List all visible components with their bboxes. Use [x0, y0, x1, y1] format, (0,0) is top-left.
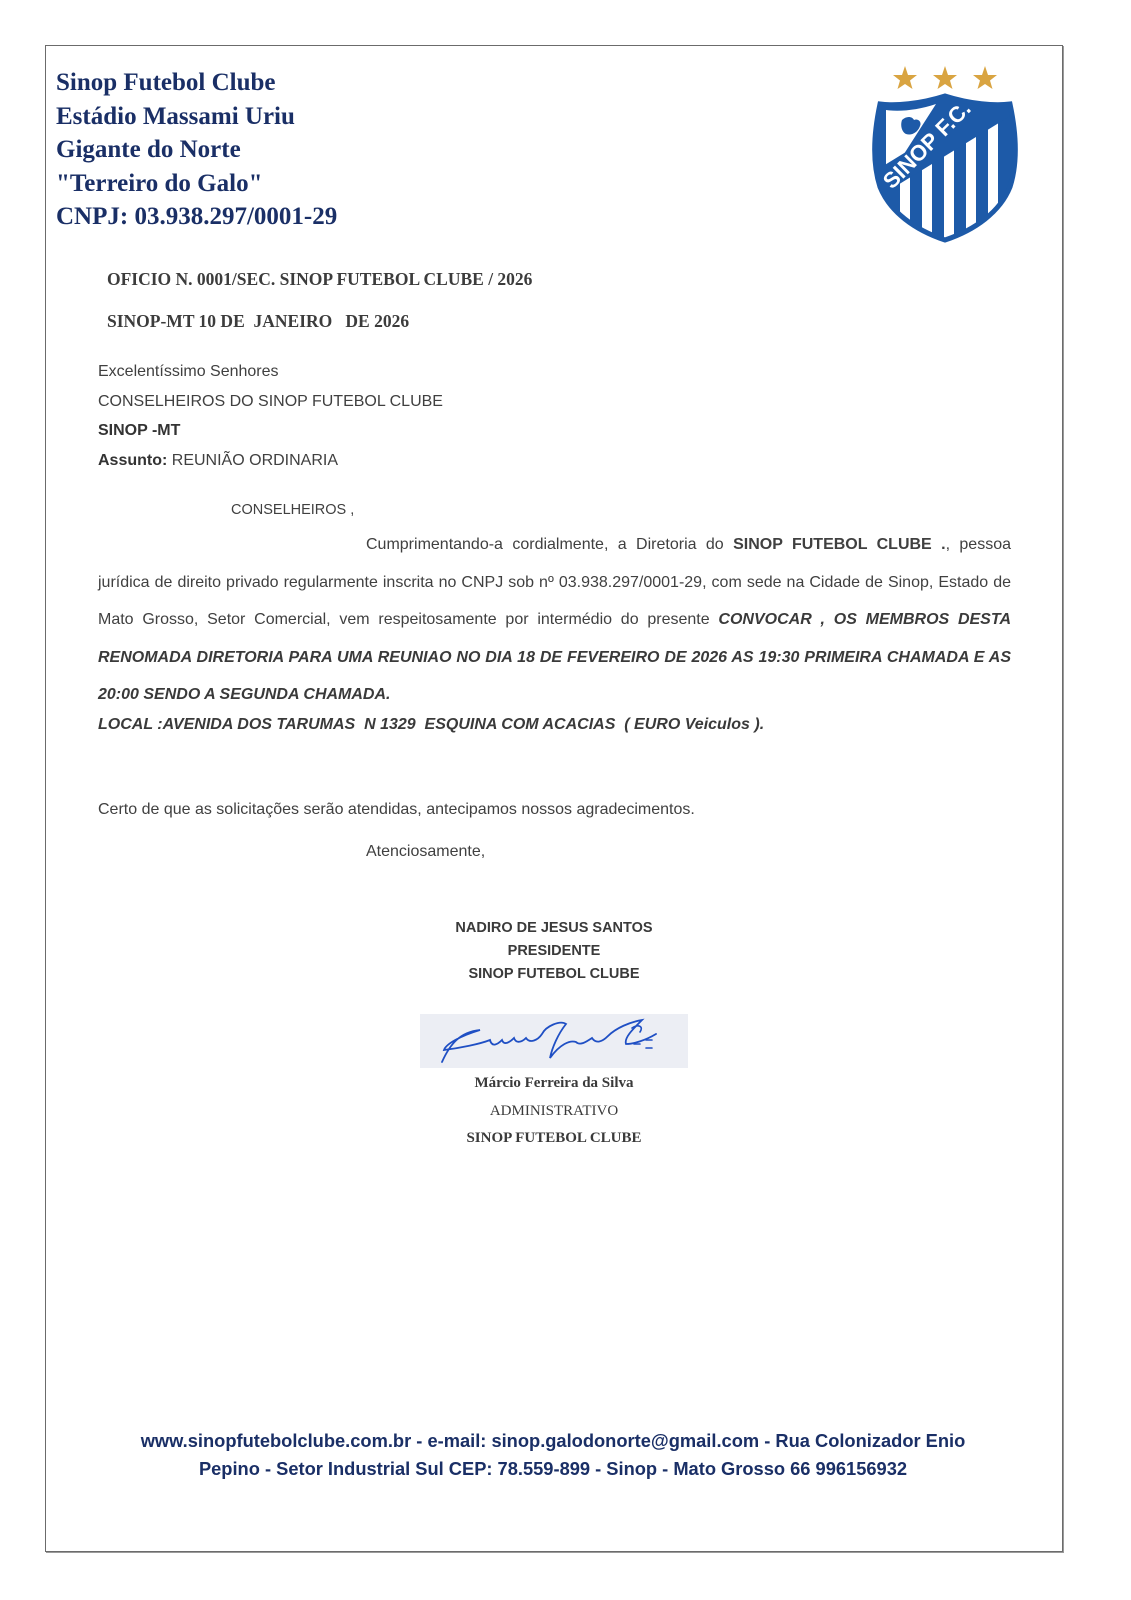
footer-line-2: Pepino - Setor Industrial Sul CEP: 78.55…	[100, 1455, 1006, 1483]
closing-text: Certo de que as solicitações serão atend…	[98, 801, 695, 819]
star-icon	[893, 66, 997, 89]
admin-role: ADMINISTRATIVO	[404, 1098, 704, 1126]
club-cnpj: CNPJ: 03.938.297/0001-29	[56, 200, 337, 234]
letter-date: SINOP-MT 10 DE JANEIRO DE 2026	[107, 311, 409, 332]
body-club-name: SINOP FUTEBOL CLUBE .	[733, 536, 945, 553]
stadium-nickname: "Terreiro do Galo"	[56, 167, 337, 201]
club-crest-icon: SINOP F.C.	[870, 62, 1020, 244]
addressee-greeting: Excelentíssimo Senhores	[98, 357, 443, 387]
letter-body: Cumprimentando-a cordialmente, a Diretor…	[98, 526, 1011, 714]
signature-icon	[420, 1014, 688, 1068]
admin-name: Márcio Ferreira da Silva	[404, 1070, 704, 1098]
president-role: PRESIDENTE	[404, 940, 704, 963]
addressee-recipient: CONSELHEIROS DO SINOP FUTEBOL CLUBE	[98, 387, 443, 417]
subject-label: Assunto:	[98, 452, 167, 469]
addressee-block: Excelentíssimo Senhores CONSELHEIROS DO …	[98, 357, 443, 475]
regards-text: Atenciosamente,	[366, 843, 485, 861]
club-name: Sinop Futebol Clube	[56, 66, 337, 100]
letter-reference: OFICIO N. 0001/SEC. SINOP FUTEBOL CLUBE …	[107, 269, 532, 290]
club-nickname: Gigante do Norte	[56, 133, 337, 167]
president-org: SINOP FUTEBOL CLUBE	[404, 963, 704, 986]
meeting-location: LOCAL :AVENIDA DOS TARUMAS N 1329 ESQUIN…	[98, 716, 764, 734]
president-signature-block: NADIRO DE JESUS SANTOS PRESIDENTE SINOP …	[404, 917, 704, 986]
subject-value: REUNIÃO ORDINARIA	[167, 452, 338, 469]
admin-org: SINOP FUTEBOL CLUBE	[404, 1125, 704, 1153]
club-header: Sinop Futebol Clube Estádio Massami Uriu…	[56, 66, 337, 234]
footer-contact: www.sinopfutebolclube.com.br - e-mail: s…	[100, 1427, 1006, 1483]
handwritten-signature	[420, 1014, 688, 1068]
stadium-name: Estádio Massami Uriu	[56, 100, 337, 134]
body-intro: Cumprimentando-a cordialmente, a Diretor…	[366, 536, 733, 553]
salutation: CONSELHEIROS ,	[231, 502, 354, 518]
president-name: NADIRO DE JESUS SANTOS	[404, 917, 704, 940]
footer-line-1: www.sinopfutebolclube.com.br - e-mail: s…	[100, 1427, 1006, 1455]
addressee-city: SINOP -MT	[98, 422, 180, 439]
subject-line: Assunto: REUNIÃO ORDINARIA	[98, 446, 443, 476]
admin-signature-block: Márcio Ferreira da Silva ADMINISTRATIVO …	[404, 1070, 704, 1153]
